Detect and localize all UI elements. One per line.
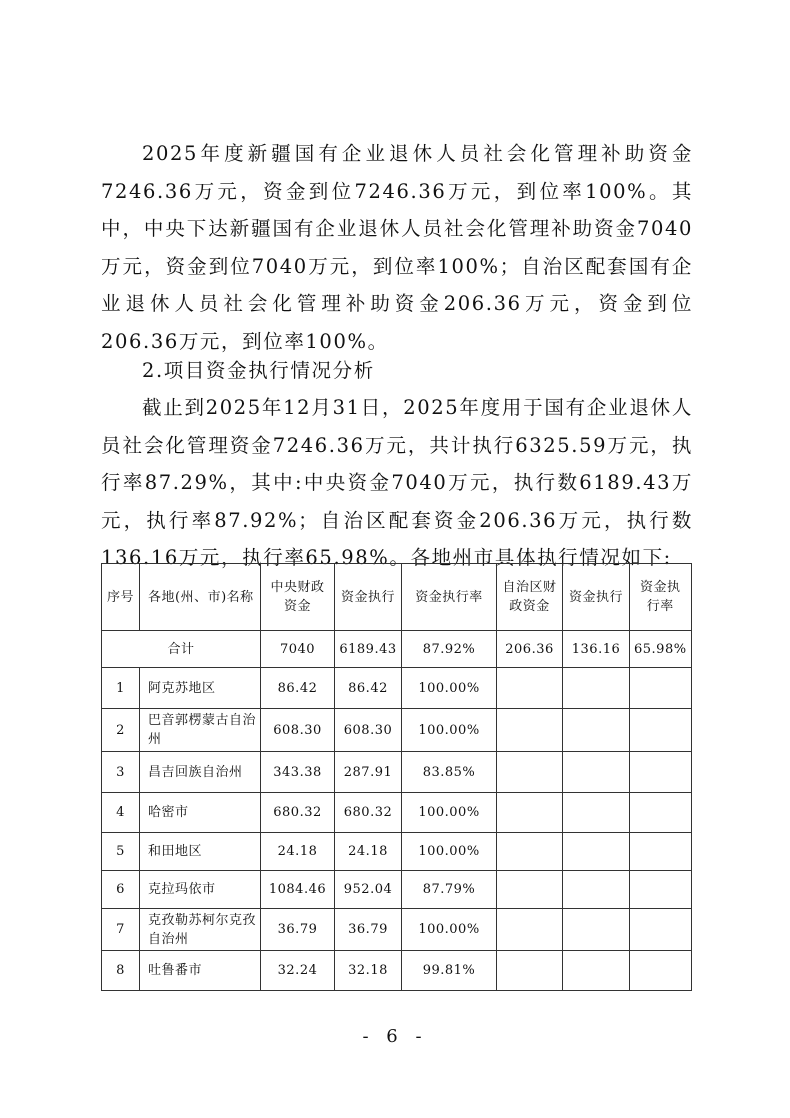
table-cell: 32.18	[335, 951, 402, 991]
table-cell	[630, 833, 692, 871]
table-total-row: 合计 7040 6189.43 87.92% 206.36 136.16 65.…	[102, 631, 692, 668]
header-cell: 序号	[102, 564, 140, 631]
table-cell: 7040	[261, 631, 335, 668]
header-cell: 资金执行	[563, 564, 630, 631]
table-cell: 昌吉回族自治州	[140, 752, 261, 793]
table-cell	[497, 951, 563, 991]
table-row: 7 克孜勒苏柯尔克孜自治州 36.79 36.79 100.00%	[102, 909, 692, 951]
table-cell	[497, 752, 563, 793]
header-cell: 资金执行	[335, 564, 402, 631]
table-cell	[497, 793, 563, 833]
table-row: 2 巴音郭楞蒙古自治州 608.30 608.30 100.00%	[102, 709, 692, 752]
funding-arrival-paragraph: 2025年度新疆国有企业退休人员社会化管理补助资金7246.36万元，资金到位7…	[101, 135, 693, 360]
table-cell: 100.00%	[402, 668, 497, 709]
table-cell	[497, 709, 563, 752]
table-cell: 680.32	[261, 793, 335, 833]
table-cell: 86.42	[261, 668, 335, 709]
table-cell: 24.18	[335, 833, 402, 871]
table-cell: 24.18	[261, 833, 335, 871]
table-row: 8 吐鲁番市 32.24 32.18 99.81%	[102, 951, 692, 991]
table-cell: 100.00%	[402, 909, 497, 951]
table-cell	[497, 909, 563, 951]
table-row: 3 昌吉回族自治州 343.38 287.91 83.85%	[102, 752, 692, 793]
table-cell	[630, 709, 692, 752]
table-cell	[563, 793, 630, 833]
total-label: 合计	[102, 631, 261, 668]
table-cell: 1084.46	[261, 871, 335, 909]
table-cell: 36.79	[335, 909, 402, 951]
table-cell: 3	[102, 752, 140, 793]
table-cell: 87.79%	[402, 871, 497, 909]
table-row: 6 克拉玛依市 1084.46 952.04 87.79%	[102, 871, 692, 909]
table-cell	[630, 752, 692, 793]
table-cell: 4	[102, 793, 140, 833]
table-cell: 6	[102, 871, 140, 909]
table-cell: 克拉玛依市	[140, 871, 261, 909]
table-cell: 99.81%	[402, 951, 497, 991]
header-cell: 自治区财政资金	[497, 564, 563, 631]
header-cell: 资金执行率	[402, 564, 497, 631]
table-cell: 吐鲁番市	[140, 951, 261, 991]
table-cell: 和田地区	[140, 833, 261, 871]
table-cell: 83.85%	[402, 752, 497, 793]
table-cell: 65.98%	[630, 631, 692, 668]
table-cell: 608.30	[335, 709, 402, 752]
table-cell: 608.30	[261, 709, 335, 752]
table-cell	[563, 833, 630, 871]
table-cell: 5	[102, 833, 140, 871]
section-heading: 2.项目资金执行情况分析	[101, 352, 693, 390]
table-cell: 952.04	[335, 871, 402, 909]
table-cell: 287.91	[335, 752, 402, 793]
page-number: - 6 -	[0, 1026, 790, 1047]
table-cell: 87.92%	[402, 631, 497, 668]
header-cell: 资金执行率	[630, 564, 692, 631]
table-cell	[630, 909, 692, 951]
table-cell: 8	[102, 951, 140, 991]
table-cell: 32.24	[261, 951, 335, 991]
table-cell	[563, 951, 630, 991]
table-cell: 36.79	[261, 909, 335, 951]
table-cell: 100.00%	[402, 709, 497, 752]
execution-table: 序号 各地(州、市)名称 中央财政资金 资金执行 资金执行率 自治区财政资金 资…	[101, 563, 692, 991]
table-cell: 206.36	[497, 631, 563, 668]
table-header-row: 序号 各地(州、市)名称 中央财政资金 资金执行 资金执行率 自治区财政资金 资…	[102, 564, 692, 631]
table-cell	[563, 709, 630, 752]
table-cell: 136.16	[563, 631, 630, 668]
table-cell	[563, 668, 630, 709]
table-cell: 680.32	[335, 793, 402, 833]
table-cell: 86.42	[335, 668, 402, 709]
table-cell: 343.38	[261, 752, 335, 793]
header-cell: 各地(州、市)名称	[140, 564, 261, 631]
table-cell	[630, 793, 692, 833]
table-cell: 100.00%	[402, 833, 497, 871]
table-cell: 克孜勒苏柯尔克孜自治州	[140, 909, 261, 951]
table-cell: 2	[102, 709, 140, 752]
table-cell	[497, 668, 563, 709]
header-cell: 中央财政资金	[261, 564, 335, 631]
table-cell: 巴音郭楞蒙古自治州	[140, 709, 261, 752]
table-row: 1 阿克苏地区 86.42 86.42 100.00%	[102, 668, 692, 709]
table-cell	[497, 833, 563, 871]
table-cell: 哈密市	[140, 793, 261, 833]
table-cell	[630, 871, 692, 909]
table-cell	[630, 951, 692, 991]
table-row: 4 哈密市 680.32 680.32 100.00%	[102, 793, 692, 833]
table-cell	[563, 752, 630, 793]
table-cell: 7	[102, 909, 140, 951]
table-cell	[630, 668, 692, 709]
table-cell: 1	[102, 668, 140, 709]
table-row: 5 和田地区 24.18 24.18 100.00%	[102, 833, 692, 871]
table-cell: 阿克苏地区	[140, 668, 261, 709]
table-cell	[563, 909, 630, 951]
table-cell	[563, 871, 630, 909]
table-cell: 6189.43	[335, 631, 402, 668]
table-cell: 100.00%	[402, 793, 497, 833]
table-cell	[497, 871, 563, 909]
execution-summary-paragraph: 截止到2025年12月31日，2025年度用于国有企业退休人员社会化管理资金72…	[101, 389, 693, 577]
